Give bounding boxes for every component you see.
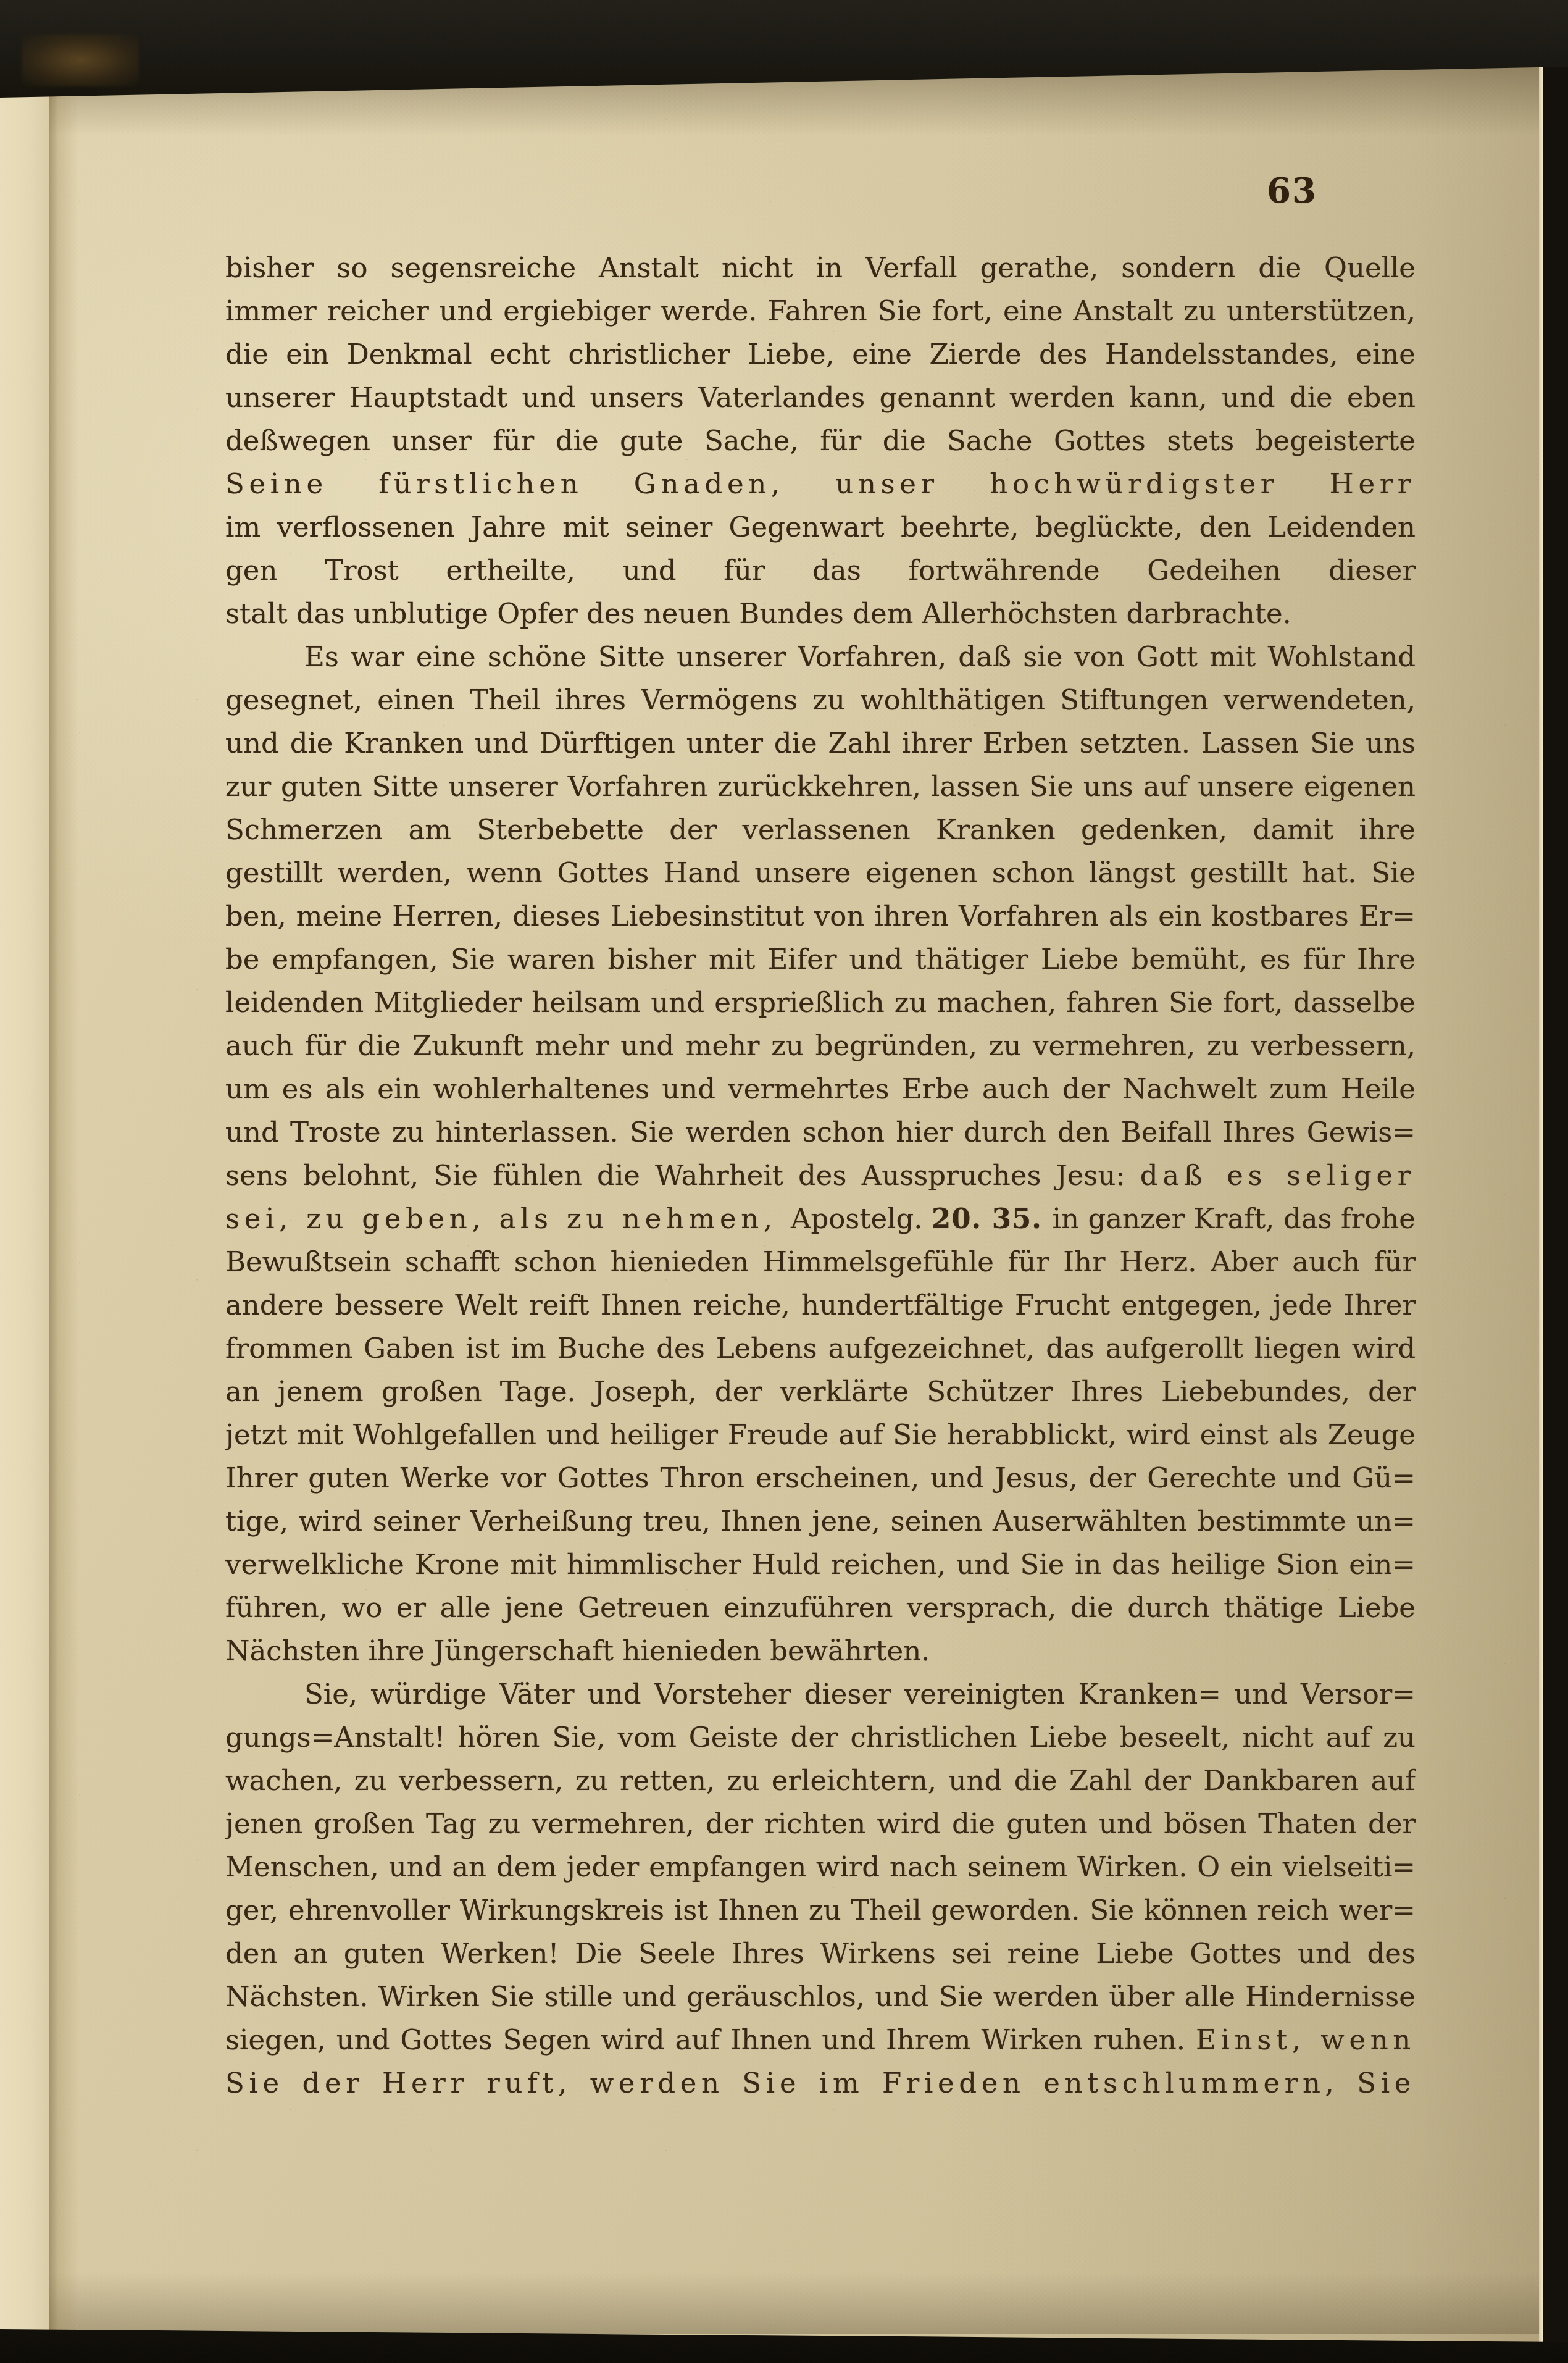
text-segment: jenen großen Tag zu vermehren, der richt… (225, 1807, 1416, 1840)
text-segment: auch für die Zukunft mehr und mehr zu be… (225, 1029, 1416, 1062)
text-segment: andere bessere Welt reift Ihnen reiche, … (225, 1289, 1416, 1321)
text-segment: Nächsten ihre Jüngerschaft hienieden bew… (225, 1634, 930, 1667)
text-line: führen, wo er alle jene Getreuen einzufü… (225, 1586, 1416, 1629)
emphasized-spaced-text: Einst, wenn (1196, 2023, 1416, 2056)
text-segment: um es als ein wohlerhaltenes und vermehr… (225, 1073, 1416, 1105)
text-line: gesegnet, einen Theil ihres Vermögens zu… (225, 679, 1416, 722)
book-cover-bottom (0, 2308, 1568, 2363)
text-segment: tige, wird seiner Verheißung treu, Ihnen… (225, 1505, 1416, 1537)
text-segment: die ein Denkmal echt christlicher Liebe,… (225, 338, 1416, 376)
page-number: 63 (1267, 170, 1317, 211)
text-line: stalt das unblutige Opfer des neuen Bund… (225, 592, 1416, 635)
text-line: sei, zu geben, als zu nehmen, Apostelg. … (225, 1197, 1416, 1240)
text-line: sens belohnt, Sie fühlen die Wahrheit de… (225, 1154, 1416, 1197)
text-line: ben, meine Herren, dieses Liebesinstitut… (225, 895, 1416, 938)
text-line: um es als ein wohlerhaltenes und vermehr… (225, 1068, 1416, 1111)
text-segment: sens belohnt, Sie fühlen die Wahrheit de… (225, 1159, 1140, 1192)
text-segment: jetzt mit Wohlgefallen und heiliger Freu… (225, 1418, 1416, 1451)
text-segment: und Troste zu hinterlassen. Sie werden s… (225, 1116, 1416, 1148)
text-line: Schmerzen am Sterbebette der verlassenen… (225, 808, 1416, 851)
text-segment: Es war eine schöne Sitte unserer Vorfahr… (304, 640, 1416, 673)
text-line: gungs=Anstalt! hören Sie, vom Geiste der… (225, 1716, 1416, 1759)
text-segment: Apostelg. (791, 1202, 932, 1235)
text-segment: ben, meine Herren, dieses Liebesinstitut… (225, 900, 1416, 932)
text-segment: be empfangen, Sie waren bisher mit Eifer… (225, 943, 1416, 976)
book-page-scan: 63 bisher so segensreiche Anstalt nicht … (0, 0, 1568, 2363)
page-curl-shadow-bottom (0, 2272, 1568, 2334)
text-segment: Schmerzen am Sterbebette der verlassenen… (225, 813, 1416, 851)
text-line: unserer Hauptstadt und unsers Vaterlande… (225, 376, 1416, 419)
text-line: leidenden Mitglieder heilsam und ersprie… (225, 981, 1416, 1024)
text-segment: verwelkliche Krone mit himmlischer Huld … (225, 1548, 1416, 1581)
text-line: Nächsten. Wirken Sie stille und geräusch… (225, 1975, 1416, 2018)
text-segment: und die Kranken und Dürftigen unter die … (225, 727, 1416, 759)
text-line: siegen, und Gottes Segen wird auf Ihnen … (225, 2018, 1416, 2062)
text-line: gestillt werden, wenn Gottes Hand unsere… (225, 851, 1416, 895)
text-line: immer reicher und ergiebiger werde. Fahr… (225, 290, 1416, 333)
text-block: bisher so segensreiche Anstalt nicht in … (225, 246, 1416, 2105)
text-segment: gestillt werden, wenn Gottes Hand unsere… (225, 856, 1416, 895)
text-segment: ger, ehrenvoller Wirkungskreis ist Ihnen… (225, 1894, 1416, 1926)
text-line: Seine fürstlichen Gnaden, unser hochwürd… (225, 462, 1416, 506)
text-segment: immer reicher und ergiebiger werde. Fahr… (225, 295, 1416, 327)
emphasized-spaced-text: daß es seliger (1140, 1159, 1416, 1192)
text-segment: den an guten Werken! Die Seele Ihres Wir… (225, 1937, 1416, 1970)
text-segment: Menschen, und an dem jeder empfangen wir… (225, 1851, 1416, 1883)
text-line: jenen großen Tag zu vermehren, der richt… (225, 1802, 1416, 1846)
text-segment: frommen Gaben ist im Buche des Lebens au… (225, 1332, 1416, 1365)
text-line: Bewußtsein schafft schon hienieden Himme… (225, 1240, 1416, 1284)
text-line: jetzt mit Wohlgefallen und heiliger Freu… (225, 1413, 1416, 1457)
text-segment: im verflossenen Jahre mit seiner Gegenwa… (225, 511, 1416, 549)
text-line: ger, ehrenvoller Wirkungskreis ist Ihnen… (225, 1889, 1416, 1932)
emphasized-spaced-text: Sie der Herr ruft, werden Sie im Frieden… (225, 2067, 1416, 2099)
text-line: gen Trost ertheilte, und für das fortwäh… (225, 549, 1416, 592)
text-segment: leidenden Mitglieder heilsam und ersprie… (225, 986, 1416, 1019)
text-line: andere bessere Welt reift Ihnen reiche, … (225, 1284, 1416, 1327)
text-line: auch für die Zukunft mehr und mehr zu be… (225, 1024, 1416, 1068)
text-segment: bisher so segensreiche Anstalt nicht in … (225, 251, 1416, 290)
text-line: die ein Denkmal echt christlicher Liebe,… (225, 333, 1416, 376)
text-segment: Nächsten. Wirken Sie stille und geräusch… (225, 1980, 1416, 2013)
text-line: Es war eine schöne Sitte unserer Vorfahr… (225, 635, 1416, 679)
text-segment: Sie, würdige Väter und Vorsteher dieser … (304, 1678, 1416, 1710)
text-line: Sie der Herr ruft, werden Sie im Frieden… (225, 2062, 1416, 2105)
gutter-crease (49, 0, 79, 2363)
text-segment: stalt das unblutige Opfer des neuen Bund… (225, 597, 1291, 630)
text-segment: Ihrer guten Werke vor Gottes Thron ersch… (225, 1462, 1416, 1494)
text-line: im verflossenen Jahre mit seiner Gegenwa… (225, 506, 1416, 549)
emphasized-spaced-text: Seine fürstlichen Gnaden, unser hochwürd… (225, 467, 1416, 506)
text-line: zur guten Sitte unserer Vorfahren zurück… (225, 765, 1416, 808)
text-segment: Bewußtsein schafft schon hienieden Himme… (225, 1245, 1416, 1284)
text-line: verwelkliche Krone mit himmlischer Huld … (225, 1543, 1416, 1586)
text-line: Menschen, und an dem jeder empfangen wir… (225, 1846, 1416, 1889)
emphasized-spaced-text: sei, zu geben, als zu nehmen, (225, 1202, 791, 1235)
text-segment: siegen, und Gottes Segen wird auf Ihnen … (225, 2023, 1196, 2056)
text-segment: zur guten Sitte unserer Vorfahren zurück… (225, 770, 1416, 803)
text-segment: gungs=Anstalt! hören Sie, vom Geiste der… (225, 1721, 1416, 1754)
text-segment: führen, wo er alle jene Getreuen einzufü… (225, 1591, 1416, 1629)
text-line: be empfangen, Sie waren bisher mit Eifer… (225, 938, 1416, 981)
text-segment: in ganzer Kraft, das frohe (1053, 1202, 1416, 1235)
page-edge-highlight (1539, 0, 1543, 2363)
facing-page-edge (0, 0, 49, 2363)
text-line: deßwegen unser für die gute Sache, für d… (225, 419, 1416, 462)
spine-leather-fragment (22, 34, 139, 86)
text-line: den an guten Werken! Die Seele Ihres Wir… (225, 1932, 1416, 1975)
text-line: Ihrer guten Werke vor Gottes Thron ersch… (225, 1457, 1416, 1500)
text-segment: gesegnet, einen Theil ihres Vermögens zu… (225, 684, 1416, 716)
book-cover-right (1543, 0, 1568, 2363)
text-line: bisher so segensreiche Anstalt nicht in … (225, 246, 1416, 290)
text-line: und die Kranken und Dürftigen unter die … (225, 722, 1416, 765)
text-line: und Troste zu hinterlassen. Sie werden s… (225, 1111, 1416, 1154)
bible-verse-reference: 20. 35. (932, 1202, 1052, 1235)
book-cover-top (0, 0, 1568, 108)
text-line: Nächsten ihre Jüngerschaft hienieden bew… (225, 1629, 1416, 1673)
text-line: wachen, zu verbessern, zu retten, zu erl… (225, 1759, 1416, 1802)
text-line: tige, wird seiner Verheißung treu, Ihnen… (225, 1500, 1416, 1543)
text-segment: gen Trost ertheilte, und für das fortwäh… (225, 554, 1416, 592)
text-segment: unserer Hauptstadt und unsers Vaterlande… (225, 381, 1416, 414)
text-segment: deßwegen unser für die gute Sache, für d… (225, 424, 1416, 462)
text-line: frommen Gaben ist im Buche des Lebens au… (225, 1327, 1416, 1370)
text-line: Sie, würdige Väter und Vorsteher dieser … (225, 1673, 1416, 1716)
text-line: an jenem großen Tage. Joseph, der verklä… (225, 1370, 1416, 1413)
text-segment: an jenem großen Tage. Joseph, der verklä… (225, 1375, 1416, 1413)
text-segment: wachen, zu verbessern, zu retten, zu erl… (225, 1764, 1416, 1797)
